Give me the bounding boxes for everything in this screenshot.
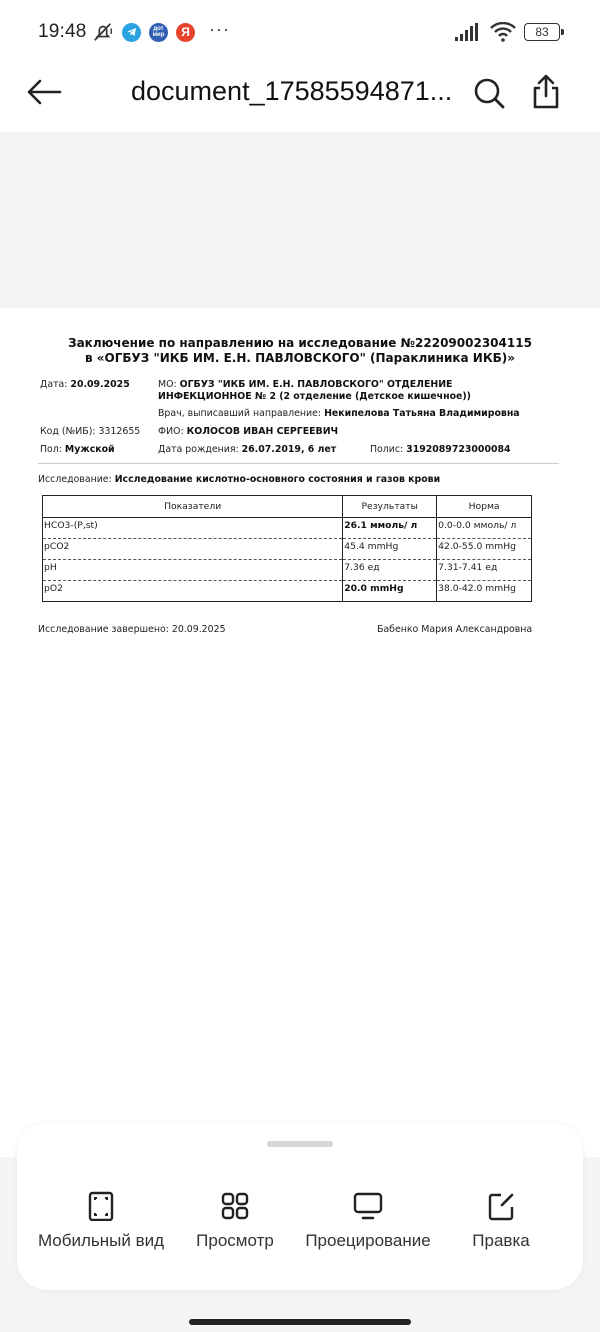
sheet-drag-handle[interactable] (267, 1141, 333, 1147)
code-label: Код (№ИБ): (40, 426, 99, 437)
edit-label: Правка (431, 1230, 571, 1251)
policy-field: Полис: 3192089723000084 (370, 444, 511, 455)
mobile-view-icon (86, 1191, 116, 1221)
mo-field: МО: ОГБУЗ "ИКБ ИМ. Е.Н. ПАВЛОВСКОГО" ОТД… (158, 379, 471, 403)
table-row: HCO3-(P,st) 26.1 ммоль/ л 0.0-0.0 ммоль/… (43, 518, 532, 539)
birth-label: Дата рождения: (158, 444, 242, 455)
mute-icon (92, 21, 114, 43)
column-header: Результаты (343, 496, 437, 518)
projection-button[interactable]: Проецирование (298, 1191, 438, 1251)
preview-button[interactable]: Просмотр (165, 1191, 305, 1251)
table-row: pH 7.36 ед 7.31-7.41 ед (43, 560, 532, 581)
indicator-cell: pO2 (43, 581, 343, 602)
fio-label: ФИО: (158, 426, 187, 437)
dom-mir-icon: дот мир (149, 23, 168, 42)
table-row: pO2 20.0 mmHg 38.0-42.0 mmHg (43, 581, 532, 602)
app-bar: document_17585594871... (0, 64, 600, 132)
mo-label: МО: (158, 379, 180, 390)
result-cell: 45.4 mmHg (343, 539, 437, 560)
search-icon[interactable] (472, 76, 506, 110)
indicator-cell: pCO2 (43, 539, 343, 560)
table-row: pCO2 45.4 mmHg 42.0-55.0 mmHg (43, 539, 532, 560)
mo-value-line-2: ИНФЕКЦИОННОЕ № 2 (2 отделение (Детское к… (158, 391, 471, 402)
heading-line-1: Заключение по направлению на исследовани… (38, 336, 562, 351)
sex-label: Пол: (40, 444, 65, 455)
document-page: Заключение по направлению на исследовани… (0, 308, 600, 1157)
table-header-row: Показатели Результаты Норма (43, 496, 532, 518)
wifi-icon (490, 22, 516, 42)
result-cell: 7.36 ед (343, 560, 437, 581)
result-cell: 26.1 ммоль/ л (343, 518, 437, 539)
code-value: 3312655 (99, 426, 141, 437)
projection-label: Проецирование (298, 1230, 438, 1251)
yandex-icon: Я (176, 23, 195, 42)
norm-cell: 0.0-0.0 ммоль/ л (437, 518, 532, 539)
divider (38, 463, 559, 464)
fio-value: КОЛОСОВ ИВАН СЕРГЕЕВИЧ (187, 426, 339, 437)
status-time: 19:48 (38, 21, 87, 43)
study-field: Исследование: Исследование кислотно-осно… (38, 474, 440, 485)
doctor-field: Врач, выписавший направление: Некипелова… (158, 408, 520, 419)
document-viewer[interactable]: Заключение по направлению на исследовани… (0, 132, 600, 1157)
telegram-icon (122, 23, 141, 42)
notification-icons: дот мир Я ··· (92, 21, 230, 43)
completed-text: Исследование завершено: 20.09.2025 (38, 624, 226, 635)
date-field: Дата: 20.09.2025 (40, 379, 130, 390)
mobile-view-label: Мобильный вид (31, 1230, 171, 1251)
norm-cell: 42.0-55.0 mmHg (437, 539, 532, 560)
gesture-bar[interactable] (189, 1319, 411, 1325)
system-icons: 83 (454, 22, 560, 42)
sex-value: Мужской (65, 444, 115, 455)
norm-cell: 38.0-42.0 mmHg (437, 581, 532, 602)
date-value: 20.09.2025 (70, 379, 129, 390)
results-table: Показатели Результаты Норма HCO3-(P,st) … (42, 495, 532, 602)
doctor-value: Некипелова Татьяна Владимировна (324, 408, 520, 419)
mo-value-line-1: ОГБУЗ "ИКБ ИМ. Е.Н. ПАВЛОВСКОГО" ОТДЕЛЕН… (180, 379, 453, 390)
battery-icon: 83 (524, 23, 560, 41)
heading-line-2: в «ОГБУЗ "ИКБ ИМ. Е.Н. ПАВЛОВСКОГО" (Пар… (38, 351, 562, 366)
study-value: Исследование кислотно-основного состояни… (115, 474, 440, 485)
more-dots-icon: ··· (209, 19, 230, 40)
fio-field: ФИО: КОЛОСОВ ИВАН СЕРГЕЕВИЧ (158, 426, 338, 437)
mobile-view-button[interactable]: Мобильный вид (31, 1191, 171, 1251)
back-arrow-icon[interactable] (24, 76, 64, 108)
bottom-sheet: Мобильный вид Просмотр Проецирование Пра… (17, 1123, 583, 1290)
policy-value: 3192089723000084 (406, 444, 510, 455)
share-icon[interactable] (530, 74, 562, 110)
indicator-cell: pH (43, 560, 343, 581)
birth-value: 26.07.2019, 6 лет (242, 444, 337, 455)
edit-button[interactable]: Правка (431, 1191, 571, 1251)
monitor-icon (353, 1191, 383, 1221)
norm-cell: 7.31-7.41 ед (437, 560, 532, 581)
study-label: Исследование: (38, 474, 115, 485)
signal-icon (454, 23, 482, 41)
column-header: Показатели (43, 496, 343, 518)
document-heading: Заключение по направлению на исследовани… (38, 336, 562, 366)
birth-field: Дата рождения: 26.07.2019, 6 лет (158, 444, 336, 455)
edit-icon (486, 1191, 516, 1221)
status-bar: 19:48 дот мир Я ··· 83 (0, 0, 600, 64)
indicator-cell: HCO3-(P,st) (43, 518, 343, 539)
date-label: Дата: (40, 379, 70, 390)
policy-label: Полис: (370, 444, 406, 455)
grid-view-icon (220, 1191, 250, 1221)
signer-name: Бабенко Мария Александровна (377, 624, 532, 635)
doctor-label: Врач, выписавший направление: (158, 408, 324, 419)
column-header: Норма (437, 496, 532, 518)
sex-field: Пол: Мужской (40, 444, 115, 455)
document-title: document_17585594871... (131, 76, 452, 107)
result-cell: 20.0 mmHg (343, 581, 437, 602)
preview-label: Просмотр (165, 1230, 305, 1251)
code-field: Код (№ИБ): 3312655 (40, 426, 140, 437)
